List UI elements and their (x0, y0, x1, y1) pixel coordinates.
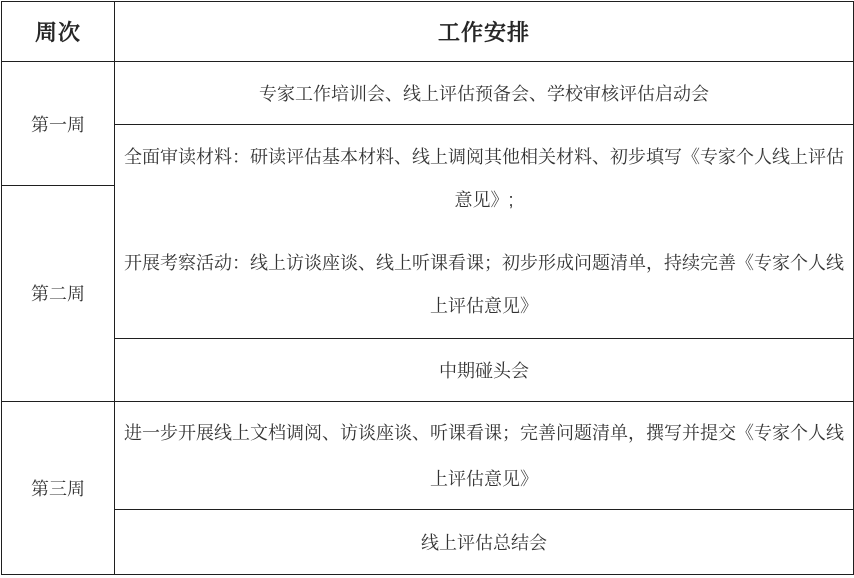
summary-meeting-cell: 线上评估总结会 (115, 510, 854, 575)
header-work-column: 工作安排 (115, 2, 854, 62)
work-schedule-table: 周次 工作安排 第一周 专家工作培训会、线上评估预备会、学校审核评估启动会 全面… (1, 1, 854, 575)
table-row: 第三周 进一步开展线上文档调阅、访谈座谈、听课看课；完善问题清单，撰写并提交《专… (2, 401, 854, 510)
midterm-meeting-cell: 中期碰头会 (115, 339, 854, 401)
week2-label-cell: 第二周 (2, 186, 115, 401)
header-row: 周次 工作安排 (2, 2, 854, 62)
table-row: 中期碰头会 (2, 339, 854, 401)
header-week-column: 周次 (2, 2, 115, 62)
week3-activities-cell: 进一步开展线上文档调阅、访谈座谈、听课看课；完善问题清单，撰写并提交《专家个人线… (115, 401, 854, 510)
materials-paragraph: 全面审读材料：研读评估基本材料、线上调阅其他相关材料、初步填写《专家个人线上评估… (121, 136, 847, 222)
week1-label-cell: 第一周 (2, 62, 115, 186)
activities-paragraph: 开展考察活动：线上访谈座谈、线上听课看课；初步形成问题清单，持续完善《专家个人线… (121, 242, 847, 328)
materials-activities-cell: 全面审读材料：研读评估基本材料、线上调阅其他相关材料、初步填写《专家个人线上评估… (115, 124, 854, 338)
table-row: 线上评估总结会 (2, 510, 854, 575)
week1-meetings-cell: 专家工作培训会、线上评估预备会、学校审核评估启动会 (115, 62, 854, 124)
week3-label-cell: 第三周 (2, 401, 115, 574)
table-row: 第一周 专家工作培训会、线上评估预备会、学校审核评估启动会 (2, 62, 854, 124)
table-row: 全面审读材料：研读评估基本材料、线上调阅其他相关材料、初步填写《专家个人线上评估… (2, 124, 854, 185)
